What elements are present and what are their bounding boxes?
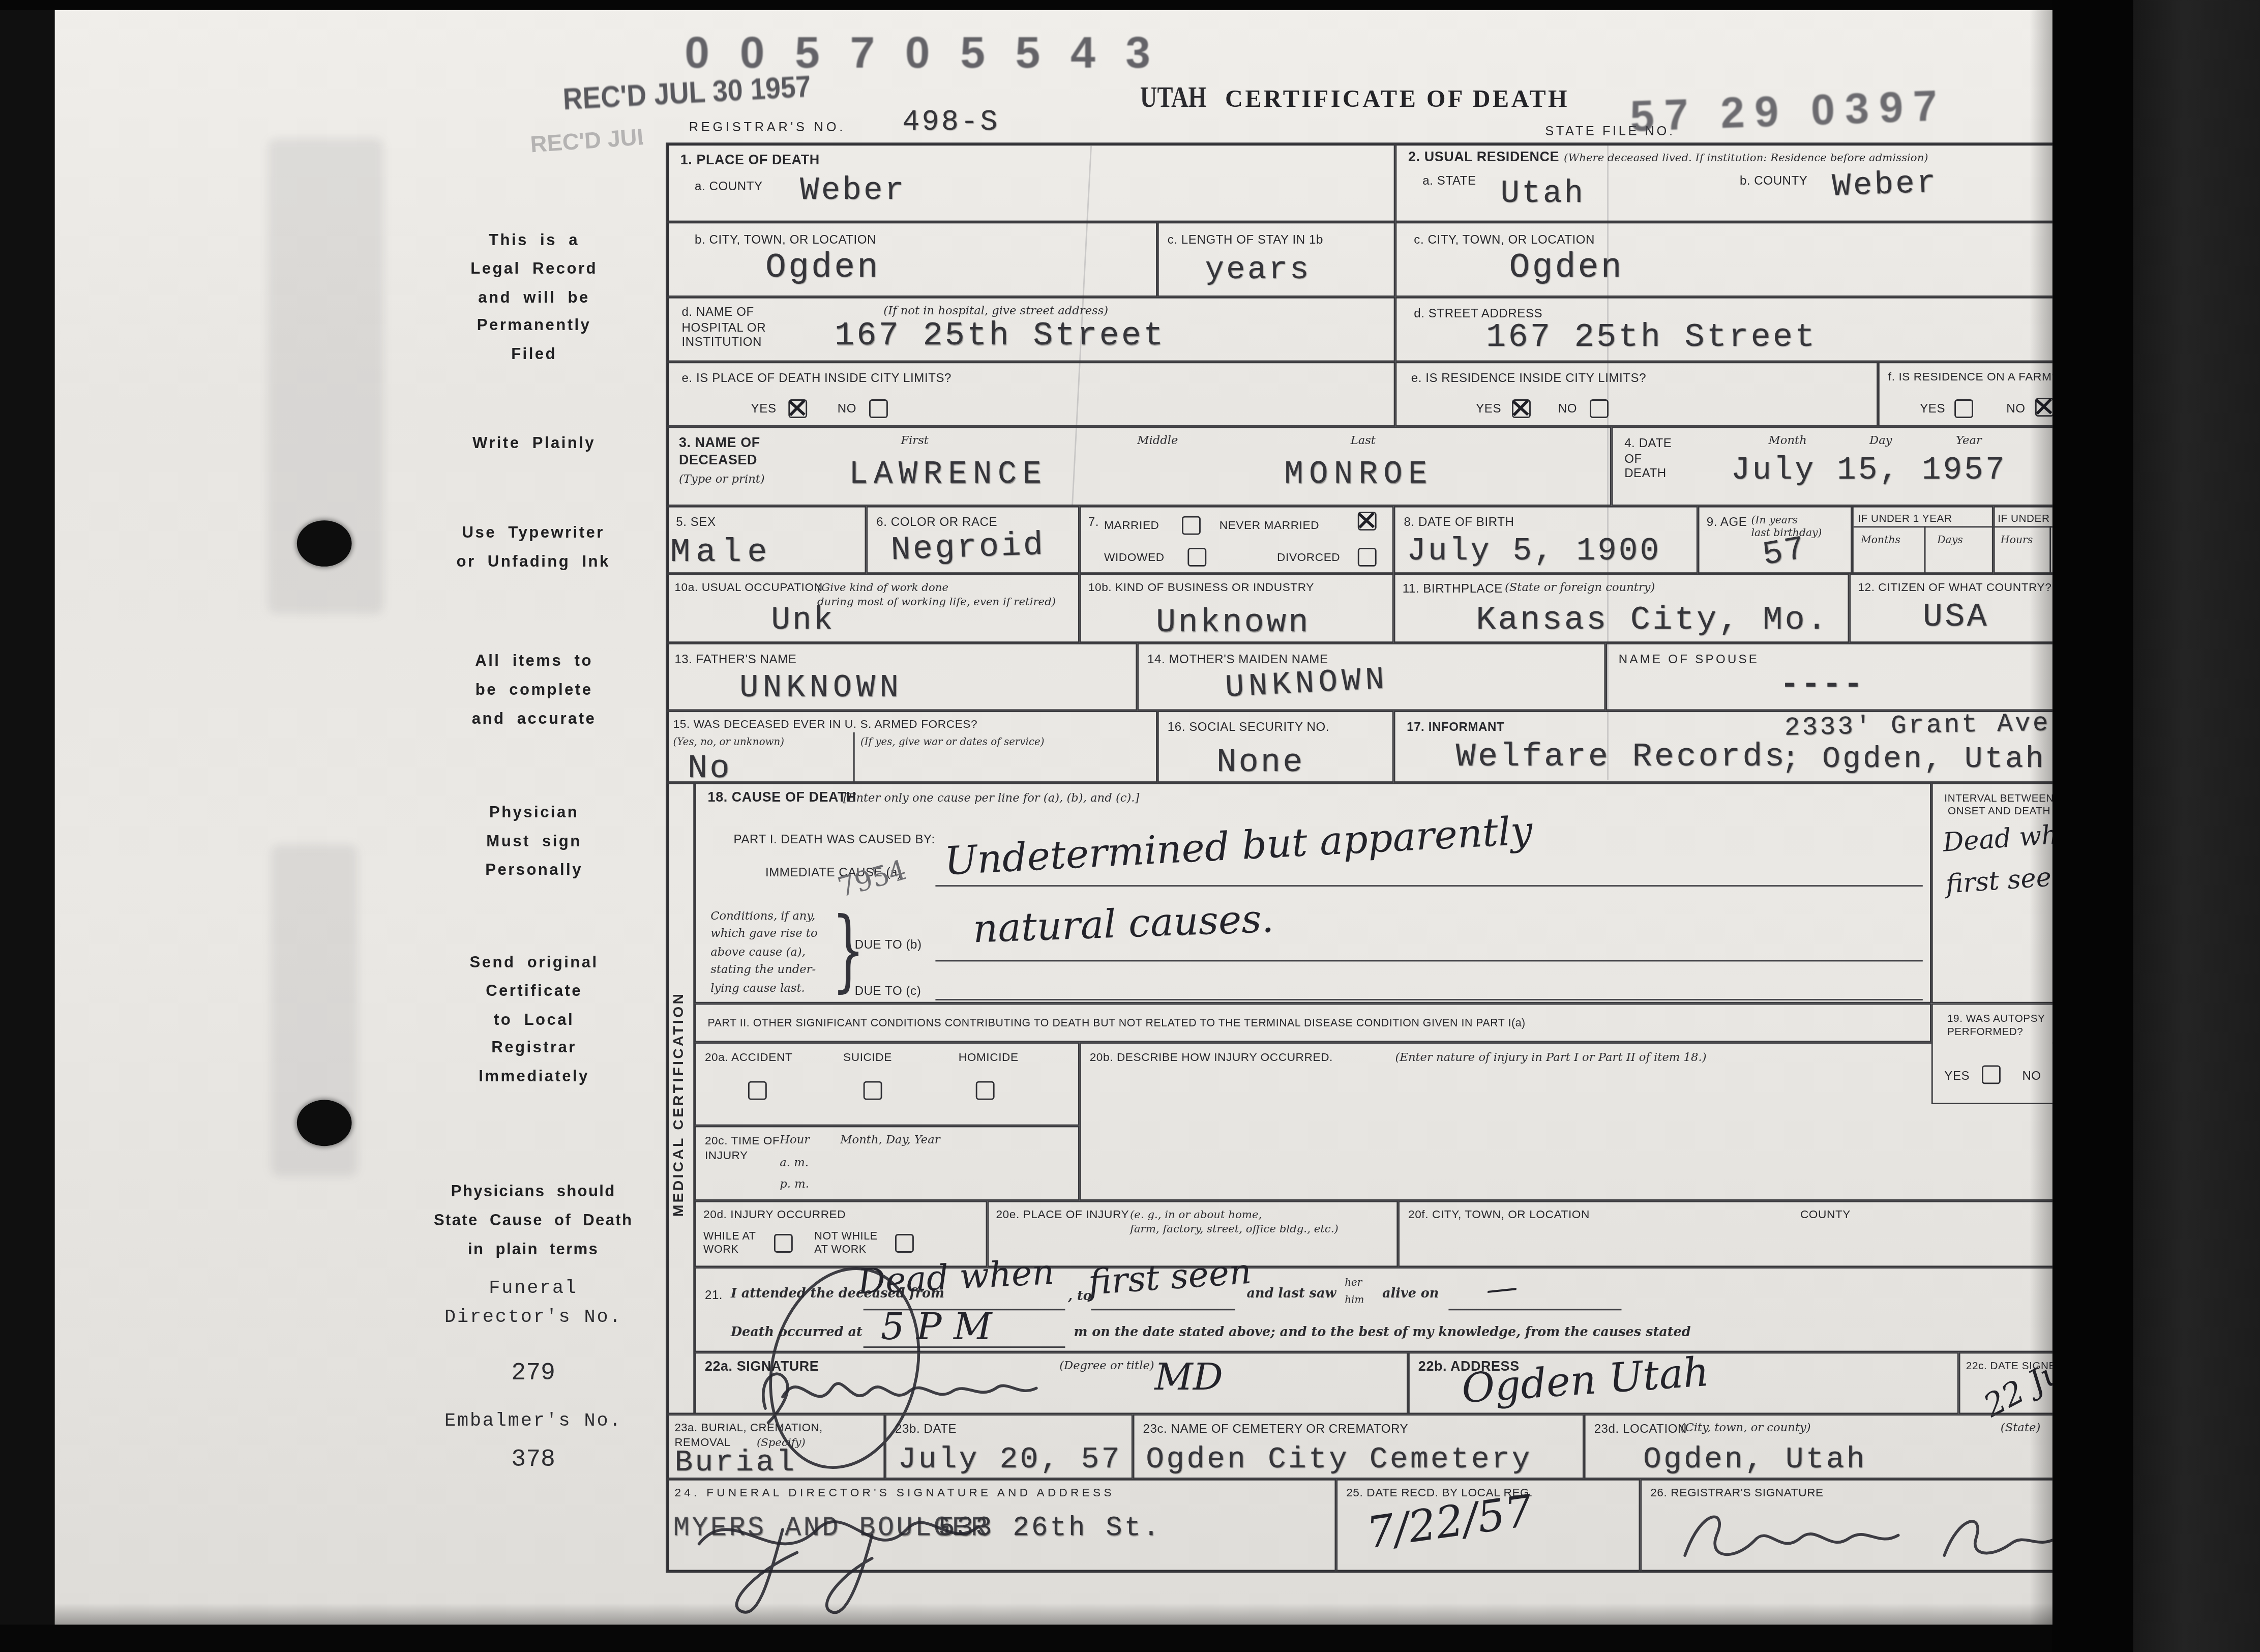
sex-value: Male (670, 534, 773, 571)
checkbox-divorced[interactable] (1358, 548, 1377, 567)
not-while-at-work-label: NOT WHILE AT WORK (814, 1230, 877, 1257)
field-label: 10a. USUAL OCCUPATION (674, 581, 822, 595)
field-label: 20f. CITY, TOWN, OR LOCATION (1408, 1208, 1590, 1222)
serial-number-stamp: 005705543 (685, 27, 1180, 79)
checkbox-homicide[interactable] (976, 1081, 995, 1100)
field-label: c. LENGTH OF STAY IN 1b (1168, 232, 1323, 247)
funeral-director-no-value: 279 (389, 1361, 677, 1388)
field-hospital: d. NAME OF HOSPITAL OR INSTITUTION (If n… (666, 297, 1395, 362)
field-kind-of-business: 10b. KIND OF BUSINESS OR INDUSTRY Unknow… (1080, 574, 1394, 643)
state-file-number-stamp: 57 29 0397 (1629, 82, 1948, 142)
field-label: 10b. KIND OF BUSINESS OR INDUSTRY (1088, 581, 1314, 595)
field-note: (Yes, no, or unknown) (673, 736, 785, 750)
checkbox-accident[interactable] (748, 1081, 767, 1100)
checkbox-death-inside-city-no[interactable] (869, 399, 888, 418)
informant-value-2: ; Ogden, Utah (1781, 744, 2046, 777)
field-note: (Enter nature of injury in Part I or Par… (1395, 1051, 1707, 1066)
burial-value: Burial (674, 1448, 796, 1481)
field-label: 6. COLOR OR RACE (876, 515, 997, 530)
field-fathers-name: 13. FATHER'S NAME UNKNOWN (666, 643, 1137, 711)
margin-note-plain-terms: Physicians should State Cause of Death i… (375, 1179, 692, 1264)
him-label: him (1345, 1294, 1364, 1308)
scanner-band-top (0, 0, 2260, 10)
field-label: f. IS RESIDENCE ON A FARM? (1888, 370, 2053, 385)
degree-handwriting: MD (1154, 1356, 1223, 1400)
field-registrar-signature: 26. REGISTRAR'S SIGNATURE (1640, 1479, 2053, 1573)
field-residence-inside-city-limits: e. IS RESIDENCE INSIDE CITY LIMITS? YES … (1395, 362, 1878, 427)
field-injury-city: 20f. CITY, TOWN, OR LOCATION COUNTY STAT… (1398, 1201, 2053, 1267)
suicide-label: SUICIDE (843, 1051, 892, 1065)
race-value: Negroid (890, 526, 1046, 569)
alive-on-handwriting: — (1484, 1270, 1520, 1309)
fathers-name-value: UNKNOWN (739, 670, 903, 706)
field-label: 1. PLACE OF DEATH (680, 153, 820, 170)
scanned-death-certificate: 005705543 REC'D JUL 30 1957 REC'D JUL 30… (0, 0, 2260, 1652)
yes-label: YES (1920, 401, 1945, 416)
burial-location-value: Ogden, Utah (1643, 1444, 1867, 1478)
first-name-value: LAWRENCE (849, 457, 1047, 493)
field-label: d. NAME OF HOSPITAL OR INSTITUTION (682, 304, 766, 350)
field-label: 2. USUAL RESIDENCE (1408, 150, 1559, 167)
married-label: MARRIED (1104, 519, 1159, 533)
field-label: 14. MOTHER'S MAIDEN NAME (1147, 652, 1328, 667)
field-label: 5. SEX (676, 515, 716, 530)
field-label: 9. AGE (1707, 515, 1747, 530)
no-label: NO (838, 401, 856, 416)
checkbox-residence-inside-city-yes[interactable] (1512, 399, 1531, 418)
field-label: 4. DATE OF DEATH (1624, 435, 1672, 481)
date-of-death-value: July 15, 1957 (1731, 453, 2007, 489)
informant-address-value: 2333' Grant Ave. (1784, 710, 2053, 743)
field-label: 23c. NAME OF CEMETERY OR CREMATORY (1143, 1422, 1409, 1437)
checkbox-autopsy-yes[interactable] (1982, 1065, 2001, 1084)
field-street-address: d. STREET ADDRESS 167 25th Street (1395, 297, 2053, 362)
field-burial-location: 23d. LOCATION (City, town, or county) (S… (1584, 1414, 2053, 1479)
funeral-director-no-label: Funeral Director's No. (389, 1274, 677, 1331)
last-name-label: Last (1351, 434, 1376, 449)
cemetery-value: Ogden City Cemetery (1146, 1444, 1532, 1478)
field-label: c. CITY, TOWN, OR LOCATION (1414, 232, 1595, 247)
checkbox-married[interactable] (1182, 516, 1201, 535)
month-label: Month (1769, 434, 1807, 449)
field-burial-date: 23b. DATE July 20, 57 (885, 1414, 1133, 1479)
informant-value: Welfare Records (1456, 738, 1787, 776)
margin-note-typewriter: Use Typewriter or Unfading Ink (389, 520, 677, 577)
field-label: 13. FATHER'S NAME (674, 652, 796, 667)
never-married-label: NEVER MARRIED (1220, 519, 1319, 533)
spouse-value: ---- (1780, 667, 1865, 703)
scanner-band-right-outer (2133, 0, 2260, 1652)
field-mothers-maiden-name: 14. MOTHER'S MAIDEN NAME UNKNOWN (1137, 643, 1605, 711)
days-label: Days (1937, 534, 1962, 547)
field-marital-status: 7. MARRIED NEVER MARRIED WIDOWED DIVORCE… (1080, 506, 1394, 574)
checkbox-never-married[interactable] (1358, 512, 1377, 530)
field-cause-of-death: 18. CAUSE OF DEATH [Enter only one cause… (695, 783, 1931, 1004)
field-note: (City, town, or county) (1681, 1422, 1811, 1436)
divorced-label: DIVORCED (1277, 551, 1340, 565)
checkbox-not-while-at-work[interactable] (895, 1234, 914, 1253)
field-note: (Where deceased lived. If institution: R… (1564, 152, 1928, 166)
field-note: (State or foreign country) (1505, 581, 1655, 596)
checkbox-death-inside-city-yes[interactable] (788, 399, 807, 418)
due-to-c-label: DUE TO (c) (855, 983, 921, 998)
her-label: her (1345, 1277, 1362, 1290)
punch-hole (297, 1100, 352, 1146)
pm-label: p. m. (780, 1178, 809, 1193)
field-date-of-death: 4. DATE OF DEATH Month Day Year July 15,… (1612, 427, 2053, 506)
field-color-or-race: 6. COLOR OR RACE Negroid (866, 506, 1079, 574)
field-label: 12. CITIZEN OF WHAT COUNTRY? (1858, 581, 2051, 595)
field-birthplace: 11. BIRTHPLACE (State or foreign country… (1394, 574, 1850, 643)
field-note: (Give kind of work done during most of w… (817, 581, 1056, 609)
margin-note-write-plainly: Write Plainly (401, 431, 667, 459)
field-informant: 17. INFORMANT 2333' Grant Ave. Welfare R… (1394, 711, 2053, 783)
field-if-under-1-year: IF UNDER 1 YEAR Months Days (1852, 506, 1994, 574)
due-to-b-label: DUE TO (b) (855, 937, 922, 952)
field-label: 16. SOCIAL SECURITY NO. (1168, 719, 1329, 734)
burial-date-value: July 20, 57 (898, 1444, 1122, 1478)
paper-edge-shadow (2030, 0, 2053, 1652)
field-citizen: 12. CITIZEN OF WHAT COUNTRY? USA (1849, 574, 2053, 643)
field-label: e. IS RESIDENCE INSIDE CITY LIMITS? (1411, 370, 1647, 386)
death-city-value: Ogden (765, 249, 880, 288)
field-label: 23b. DATE (895, 1422, 957, 1437)
field-physician-address: 22b. ADDRESS Ogden Utah (1408, 1352, 1959, 1414)
field-residence-city: c. CITY, TOWN, OR LOCATION Ogden (1395, 222, 2053, 297)
field-label: a. COUNTY (695, 179, 763, 194)
field-residence-on-farm: f. IS RESIDENCE ON A FARM? YES NO (1878, 362, 2053, 427)
field-time-of-injury: 20c. TIME OF INJURY Hour Month, Day, Yea… (695, 1126, 1080, 1201)
field-date-of-birth: 8. DATE OF BIRTH July 5, 1900 (1394, 506, 1698, 574)
month-day-year-label: Month, Day, Year (840, 1133, 940, 1148)
checkbox-residence-farm-yes[interactable] (1954, 399, 1973, 418)
field-place-of-death-county: 1. PLACE OF DEATH a. COUNTY Weber (666, 143, 1395, 222)
field-label: 20d. INJURY OCCURRED (703, 1208, 846, 1222)
birthplace-value: Kansas City, Mo. (1476, 601, 1829, 639)
part1-label: PART I. DEATH WAS CAUSED BY: (734, 832, 935, 847)
citizen-value: USA (1923, 598, 1989, 636)
field-label: IF UNDER 1 YEAR (1858, 512, 1952, 525)
title-state: UTAH (1140, 82, 1207, 115)
field-burial-type: 23a. BURIAL, CREMATION, REMOVAL (Specify… (666, 1414, 885, 1479)
field-label: b. COUNTY (1740, 173, 1808, 188)
field-funeral-director: 24. FUNERAL DIRECTOR'S SIGNATURE AND ADD… (666, 1479, 1336, 1573)
field-label: NAME OF SPOUSE (1619, 652, 1759, 667)
first-name-label: First (901, 434, 929, 449)
received-date-stamp: REC'D JUL 30 1957 (562, 71, 812, 118)
part2-label: PART II. OTHER SIGNIFICANT CONDITIONS CO… (708, 1016, 1526, 1030)
no-label: NO (1558, 401, 1577, 416)
embalmer-no-label: Embalmer's No. (375, 1410, 692, 1432)
year-label: Year (1956, 434, 1982, 449)
months-label: Months (1861, 534, 1900, 547)
no-label: NO (2006, 401, 2025, 416)
field-death-city: b. CITY, TOWN, OR LOCATION Ogden (666, 222, 1157, 297)
field-age: 9. AGE (In years last birthday) 57 (1698, 506, 1852, 574)
address-handwriting: Ogden Utah (1460, 1348, 1711, 1412)
business-value: Unknown (1156, 604, 1311, 642)
field-social-security-no: 16. SOCIAL SECURITY NO. None (1157, 711, 1394, 783)
hour-label: Hour (780, 1133, 810, 1148)
paper-edge-shadow (55, 1603, 2053, 1625)
checkbox-while-at-work[interactable] (774, 1234, 793, 1253)
cause-b-handwriting: natural causes. (972, 897, 1275, 952)
cause-a-handwriting: Undetermined but apparently (943, 809, 1534, 884)
field-name-of-deceased: 3. NAME OF DECEASED (Type or print) Firs… (666, 427, 1611, 506)
margin-note-legal-record: This is a Legal Record and will be Perma… (401, 228, 667, 371)
field-label: 3. NAME OF DECEASED (679, 435, 760, 469)
armed-forces-value: No (688, 750, 732, 787)
scanner-band-right (2053, 0, 2133, 1652)
residence-county-value: Weber (1831, 165, 1939, 205)
field-death-inside-city-limits: e. IS PLACE OF DEATH INSIDE CITY LIMITS?… (666, 362, 1395, 427)
field-label: 23d. LOCATION (1594, 1422, 1687, 1437)
field-label: 11. BIRTHPLACE (1403, 581, 1503, 596)
yes-label: YES (1944, 1068, 1970, 1083)
field-accident-suicide-homicide: 20a. ACCIDENT SUICIDE HOMICIDE (695, 1042, 1080, 1126)
certificate-paper: 005705543 REC'D JUL 30 1957 REC'D JUL 30… (55, 9, 2053, 1626)
age-value: 57 (1760, 530, 1809, 575)
yes-label: YES (1476, 401, 1501, 416)
mothers-name-value: UNKNOWN (1224, 662, 1389, 706)
field-label: 15. WAS DECEASED EVER IN U. S. ARMED FOR… (673, 718, 978, 732)
widowed-label: WIDOWED (1104, 551, 1165, 565)
part2-bar: PART II. OTHER SIGNIFICANT CONDITIONS CO… (695, 1004, 1931, 1043)
punch-hole (297, 520, 352, 567)
county-label: COUNTY (1800, 1208, 1851, 1222)
occupation-value: Unk (771, 603, 835, 639)
accident-label: 20a. ACCIDENT (705, 1051, 792, 1065)
field-physician-signature: 22a. SIGNATURE (Degree or title) MD (695, 1352, 1408, 1414)
item-number: 21. (705, 1287, 723, 1303)
hospital-value: 167 25th Street (835, 317, 1166, 355)
field-length-of-stay: c. LENGTH OF STAY IN 1b years (1157, 222, 1395, 297)
conditions-note: Conditions, if any, which gave rise to a… (710, 908, 817, 998)
degree-label: (Degree or title) (1059, 1360, 1154, 1374)
field-note: (Type or print) (679, 473, 765, 488)
field-note: [Enter only one cause per line for (a), … (843, 791, 1139, 806)
statement-tail-text: m on the date stated above; and to the b… (1074, 1326, 1690, 1343)
field-note: (If yes, give war or dates of service) (860, 736, 1044, 750)
homicide-label: HOMICIDE (959, 1051, 1019, 1065)
ssn-value: None (1216, 744, 1305, 781)
checkbox-suicide[interactable] (864, 1081, 882, 1100)
field-usual-occupation: 10a. USUAL OCCUPATION (Give kind of work… (666, 574, 1079, 643)
field-label: 18. CAUSE OF DEATH (708, 790, 856, 807)
alive-on-text: alive on (1382, 1287, 1439, 1304)
margin-note-physician-sign: Physician Must sign Personally (401, 800, 667, 886)
field-describe-injury: 20b. DESCRIBE HOW INJURY OCCURRED. (Ente… (1080, 1042, 2053, 1201)
field-note: (e. g., in or about home, farm, factory,… (1130, 1208, 1339, 1236)
field-label: a. STATE (1422, 173, 1476, 188)
received-date-stamp-ghost: REC'D JUL 30 1957 (529, 126, 643, 159)
registrar-signature (1671, 1498, 2053, 1577)
yes-label: YES (751, 401, 777, 416)
field-sex: 5. SEX Male (666, 506, 866, 574)
hours-label: Hours (2001, 534, 2033, 547)
physician-signature (754, 1362, 1042, 1420)
field-label: 17. INFORMANT (1407, 719, 1504, 734)
registrar-no-label: REGISTRAR'S NO. (689, 120, 846, 136)
margin-note-send-original: Send original Certificate to Local Regis… (401, 950, 667, 1093)
embalmer-no-value: 378 (389, 1448, 677, 1475)
field-label: b. CITY, TOWN, OR LOCATION (695, 232, 876, 247)
street-address-value: 167 25th Street (1486, 318, 1817, 356)
field-label: 20b. DESCRIBE HOW INJURY OCCURRED. (1090, 1051, 1333, 1065)
day-label: Day (1869, 434, 1892, 449)
field-label: 20c. TIME OF INJURY (705, 1135, 780, 1164)
last-name-value: MONROE (1284, 457, 1433, 493)
last-saw-text: and last saw (1247, 1287, 1336, 1304)
length-of-stay-value: years (1205, 252, 1311, 288)
page-title: CERTIFICATE OF DEATH (1225, 85, 1569, 114)
pencil-code: 7954 (835, 854, 910, 904)
medical-certification-label: MEDICAL CERTIFICATION (671, 992, 689, 1217)
registrar-no-value: 498-S (902, 107, 999, 140)
field-cemetery: 23c. NAME OF CEMETERY OR CREMATORY Ogden… (1133, 1414, 1584, 1479)
field-usual-residence: 2. USUAL RESIDENCE (Where deceased lived… (1395, 143, 2053, 222)
field-date-received: 25. DATE RECD. BY LOCAL REG. 7/22/57 (1336, 1479, 1640, 1573)
field-label: 20e. PLACE OF INJURY (996, 1208, 1129, 1222)
am-label: a. m. (780, 1156, 809, 1171)
field-label: 8. DATE OF BIRTH (1404, 515, 1514, 530)
field-name-of-spouse: NAME OF SPOUSE ---- (1605, 643, 2053, 711)
while-at-work-label: WHILE AT WORK (703, 1230, 756, 1257)
field-label: 7. (1088, 515, 1099, 530)
middle-name-label: Middle (1137, 434, 1178, 449)
county-value: Weber (800, 173, 906, 209)
date-of-birth-value: July 5, 1900 (1407, 534, 1661, 570)
to-text: , to (1068, 1290, 1092, 1307)
checkbox-widowed[interactable] (1187, 548, 1206, 567)
field-armed-forces: 15. WAS DECEASED EVER IN U. S. ARMED FOR… (666, 711, 1157, 783)
margin-note-complete: All items to be complete and accurate (401, 648, 667, 734)
field-label: e. IS PLACE OF DEATH INSIDE CITY LIMITS? (682, 370, 952, 386)
residence-city-value: Ogden (1509, 249, 1623, 288)
scanner-band-bottom (0, 1625, 2260, 1652)
checkbox-residence-inside-city-no[interactable] (1590, 399, 1609, 418)
residence-state-value: Utah (1500, 176, 1585, 212)
